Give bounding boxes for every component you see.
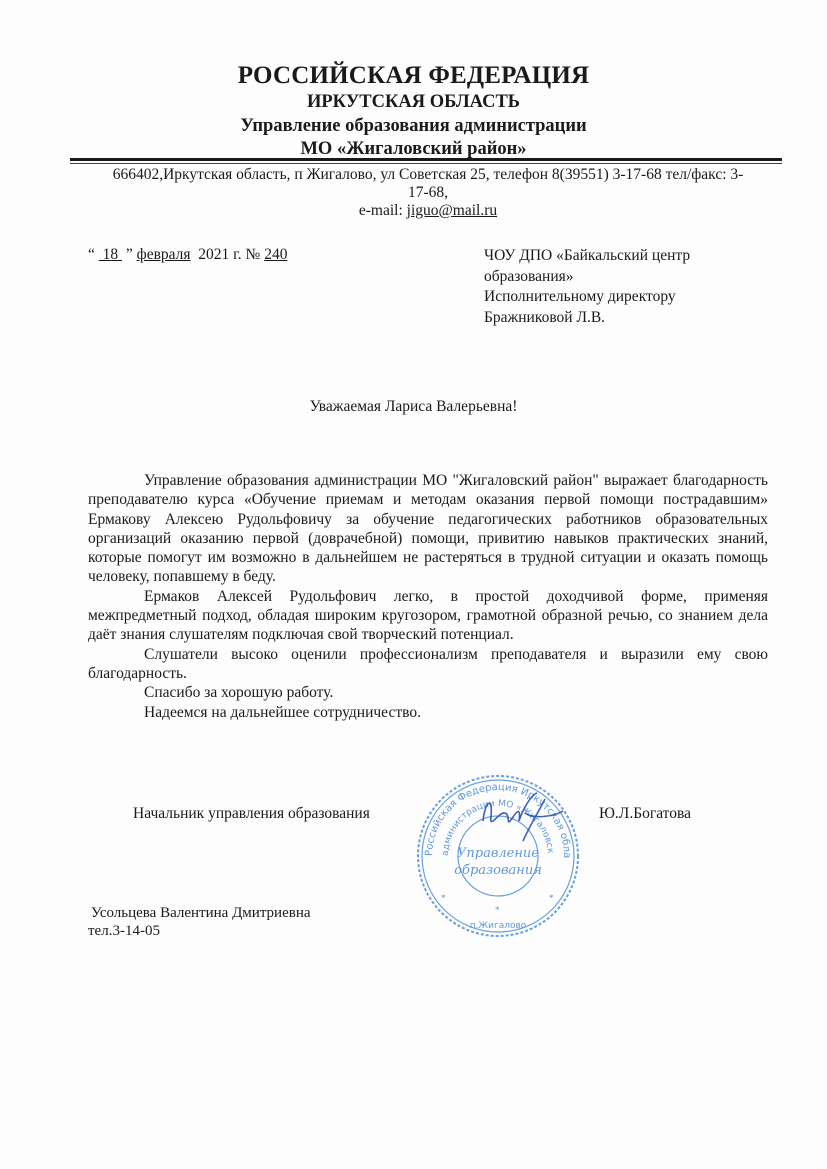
address-line-2: 17-68, xyxy=(72,184,784,202)
date-day: 18 xyxy=(99,246,122,263)
address-line-1: 666402,Иркутская область, п Жигалово, ул… xyxy=(72,166,784,184)
svg-text:образования: образования xyxy=(454,863,542,878)
svg-text:п.Жигалово: п.Жигалово xyxy=(470,921,527,931)
recipient-line-4: Бражниковой Л.В. xyxy=(484,308,690,329)
letter-body: Управление образования администрации МО … xyxy=(88,471,768,722)
date-month: февраля xyxy=(137,246,191,263)
header-region: ИРКУТСКАЯ ОБЛАСТЬ xyxy=(0,92,827,113)
letter-date-number: “ 18 ” февраля 2021 г. № 240 xyxy=(88,246,287,264)
email-label: e-mail: xyxy=(359,202,407,219)
svg-text:*: * xyxy=(549,893,554,903)
recipient-line-2: образования» xyxy=(484,267,690,288)
header-address: 666402,Иркутская область, п Жигалово, ул… xyxy=(72,166,784,220)
letter-number: 240 xyxy=(264,246,287,263)
body-paragraph: Надеемся на дальнейшее сотрудничество. xyxy=(88,703,768,722)
email-line: e-mail: jiguo@mail.ru xyxy=(72,202,784,220)
recipient-line-3: Исполнительному директору xyxy=(484,287,690,308)
email-link[interactable]: jiguo@mail.ru xyxy=(407,202,497,219)
body-paragraph: Слушатели высоко оценили профессионализм… xyxy=(88,645,768,684)
header-municipality: МО «Жигаловский район» xyxy=(0,139,827,160)
header-divider-thin xyxy=(70,163,782,164)
body-paragraph: Ермаков Алексей Рудольфович легко, в про… xyxy=(88,587,768,645)
salutation: Уважаемая Лариса Валерьевна! xyxy=(0,398,827,416)
signatory-title: Начальник управления образования xyxy=(133,805,370,823)
executor-phone: тел.3-14-05 xyxy=(88,922,311,940)
svg-text:*: * xyxy=(495,905,500,915)
signatory-name: Ю.Л.Богатова xyxy=(599,805,691,823)
executor-name: Усольцева Валентина Дмитриевна xyxy=(91,904,311,922)
recipient-line-1: ЧОУ ДПО «Байкальский центр xyxy=(484,246,690,267)
official-stamp-icon: Российская Федерация Иркутская область а… xyxy=(413,771,583,941)
svg-text:*: * xyxy=(441,893,446,903)
header-country: РОССИЙСКАЯ ФЕДЕРАЦИЯ xyxy=(0,62,827,90)
svg-text:Управление: Управление xyxy=(457,846,539,861)
date-open-quote: “ xyxy=(88,246,99,263)
date-close-quote: ” xyxy=(122,246,137,263)
executor-block: Усольцева Валентина Дмитриевна тел.3-14-… xyxy=(91,904,311,940)
letter-page: РОССИЙСКАЯ ФЕДЕРАЦИЯ ИРКУТСКАЯ ОБЛАСТЬ У… xyxy=(0,0,827,1169)
recipient-block: ЧОУ ДПО «Байкальский центр образования» … xyxy=(484,246,690,328)
header-divider-thick xyxy=(70,158,782,161)
date-year: 2021 г. № xyxy=(191,246,265,263)
body-paragraph: Спасибо за хорошую работу. xyxy=(88,683,768,702)
body-paragraph: Управление образования администрации МО … xyxy=(88,471,768,587)
header-department: Управление образования администрации xyxy=(0,116,827,137)
